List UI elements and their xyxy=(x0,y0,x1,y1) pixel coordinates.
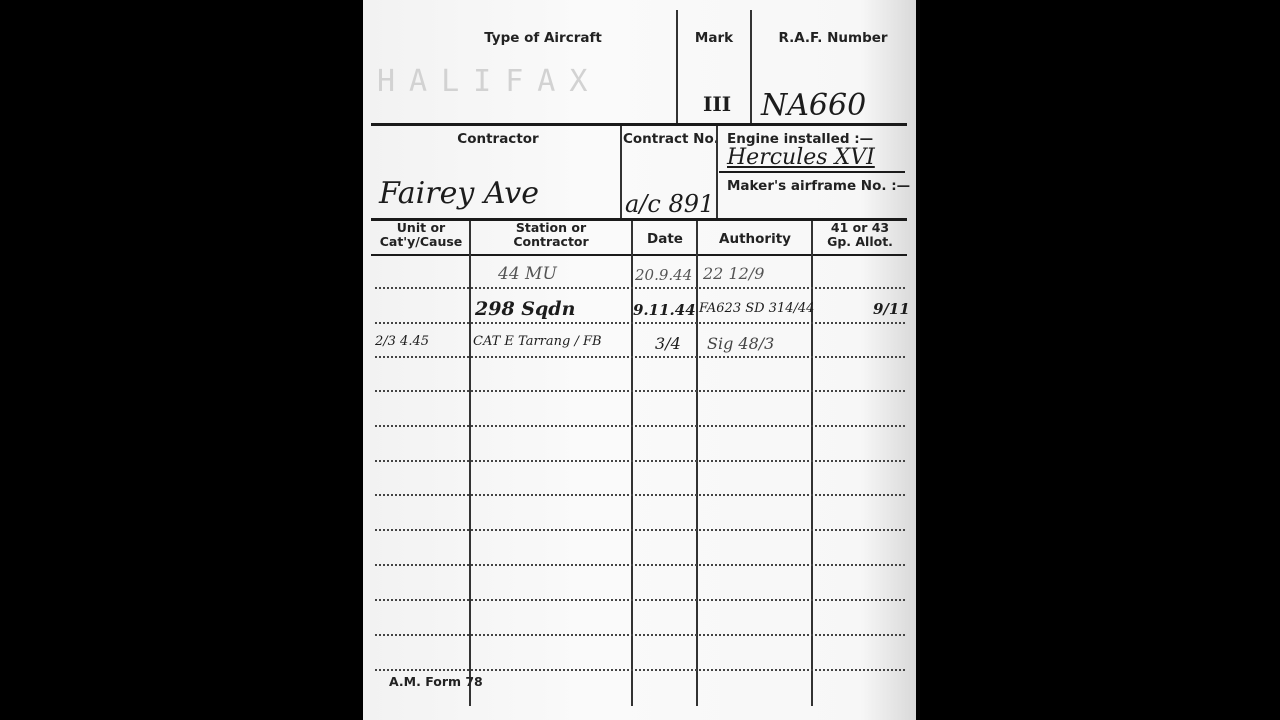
row-3-unit: 2/3 4.45 xyxy=(375,334,429,349)
column-header-authority: Authority xyxy=(699,231,811,247)
row-line xyxy=(375,634,905,636)
row-line xyxy=(375,669,905,671)
divider xyxy=(719,171,905,173)
column-header-station: Station or Contractor xyxy=(471,221,631,249)
engine-installed-value: Hercules XVI xyxy=(727,145,875,170)
divider xyxy=(371,123,907,126)
row-2-station: 298 Sqdn xyxy=(475,298,575,320)
type-of-aircraft-label: Type of Aircraft xyxy=(423,30,663,46)
type-of-aircraft-value: HALIFAX xyxy=(377,64,601,99)
divider xyxy=(620,126,622,220)
row-line xyxy=(375,425,905,427)
row-3-station: CAT E Tarrang / FB xyxy=(473,334,602,349)
aircraft-movement-card: Type of Aircraft HALIFAX Mark III R.A.F.… xyxy=(363,0,916,720)
raf-number-label: R.A.F. Number xyxy=(753,30,913,46)
divider xyxy=(750,10,752,123)
row-line xyxy=(375,599,905,601)
row-2-date: 9.11.44 xyxy=(633,301,696,319)
column-header-unit: Unit or Cat'y/Cause xyxy=(373,221,469,249)
row-1-authority: 22 12/9 xyxy=(703,264,764,283)
row-line xyxy=(375,564,905,566)
mark-label: Mark xyxy=(677,30,751,46)
raf-number-value: NA660 xyxy=(761,88,866,123)
divider xyxy=(371,254,907,256)
contractor-label: Contractor xyxy=(383,131,613,147)
row-line xyxy=(375,322,905,324)
column-header-allotment: 41 or 43 Gp. Allot. xyxy=(813,221,907,249)
contract-no-value: a/c 891 xyxy=(625,190,714,218)
contract-no-label: Contract No. xyxy=(623,131,719,147)
row-line xyxy=(375,494,905,496)
row-line xyxy=(375,356,905,358)
row-3-date: 3/4 xyxy=(655,334,681,353)
row-2-allotment: 9/11 xyxy=(873,300,910,318)
form-number: A.M. Form 78 xyxy=(389,674,483,689)
row-2-authority: FA623 SD 314/44 xyxy=(699,301,814,316)
contractor-value: Fairey Ave xyxy=(379,176,539,211)
column-header-date: Date xyxy=(633,231,697,247)
row-line xyxy=(375,460,905,462)
row-1-station: 44 MU xyxy=(498,264,557,284)
row-line xyxy=(375,390,905,392)
row-3-authority: Sig 48/3 xyxy=(707,334,774,353)
makers-airframe-label: Maker's airframe No. :— xyxy=(727,178,910,194)
row-1-date: 20.9.44 xyxy=(635,266,692,284)
row-line xyxy=(375,529,905,531)
divider xyxy=(716,126,718,220)
divider xyxy=(676,10,678,123)
mark-value: III xyxy=(703,92,731,116)
row-line xyxy=(375,287,905,289)
